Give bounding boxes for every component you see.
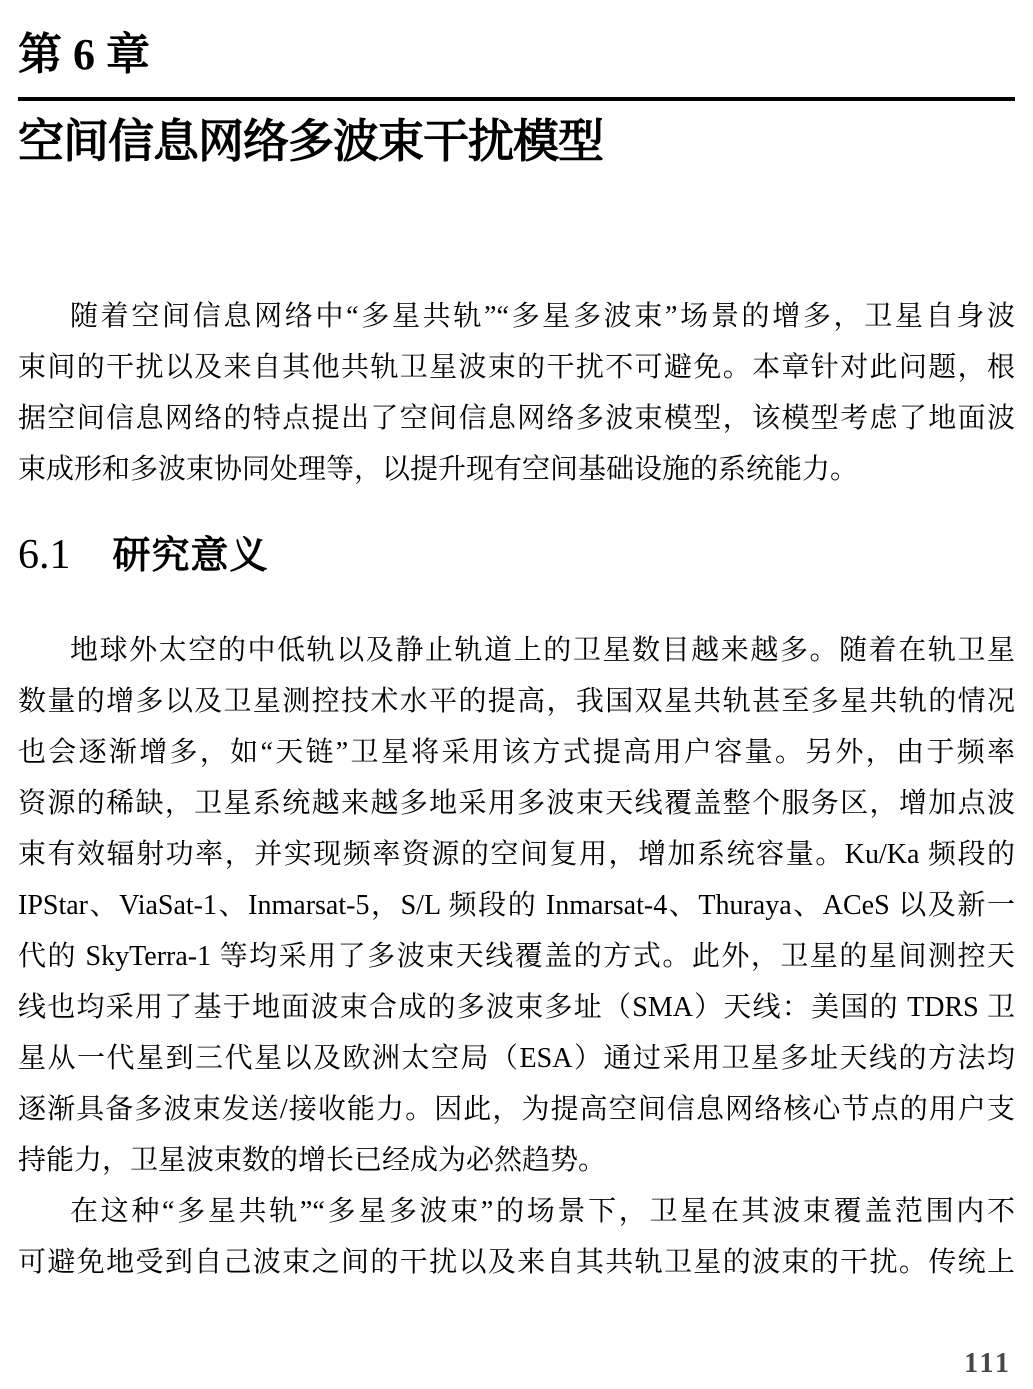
chapter-title: 空间信息网络多波束干扰模型 (18, 119, 1015, 165)
paragraph: 在这种“多星共轨”“多星多波束”的场景下，卫星在其波束覆盖范围内不可避免地受到自… (18, 1186, 1015, 1288)
text-line: 逐渐具备多波束发送/接收能力。因此，为提高空间信息网络核心节点的用户支 (18, 1084, 1015, 1135)
text-line: 束成形和多波束协同处理等，以提升现有空间基础设施的系统能力。 (18, 444, 1015, 495)
text-line: 代的 SkyTerra-1 等均采用了多波束天线覆盖的方式。此外，卫星的星间测控… (18, 931, 1015, 982)
text-line: 在这种“多星共轨”“多星多波束”的场景下，卫星在其波束覆盖范围内不 (18, 1186, 1015, 1237)
text-line: 星从一代星到三代星以及欧洲太空局（ESA）通过采用卫星多址天线的方法均 (18, 1033, 1015, 1084)
chapter-divider-rule (18, 97, 1015, 101)
text-line: 地球外太空的中低轨以及静止轨道上的卫星数目越来越多。随着在轨卫星 (18, 625, 1015, 676)
paragraph: 随着空间信息网络中“多星共轨”“多星多波束”场景的增多，卫星自身波束间的干扰以及… (18, 291, 1015, 495)
document-page: 第 6 章 空间信息网络多波束干扰模型 随着空间信息网络中“多星共轨”“多星多波… (0, 0, 1033, 1389)
page-content: 第 6 章 空间信息网络多波束干扰模型 随着空间信息网络中“多星共轨”“多星多波… (18, 33, 1015, 1288)
text-line: 可避免地受到自己波束之间的干扰以及来自其共轨卫星的波束的干扰。传统上 (18, 1237, 1015, 1288)
chapter-number-heading: 第 6 章 (18, 33, 1015, 77)
page-number: 111 (964, 1349, 1012, 1379)
section-title: 研究意义 (113, 536, 269, 576)
text-line: IPStar、ViaSat-1、Inmarsat-5，S/L 频段的 Inmar… (18, 880, 1015, 931)
text-line: 随着空间信息网络中“多星共轨”“多星多波束”场景的增多，卫星自身波 (18, 291, 1015, 342)
text-line: 据空间信息网络的特点提出了空间信息网络多波束模型，该模型考虑了地面波 (18, 393, 1015, 444)
intro-paragraphs: 随着空间信息网络中“多星共轨”“多星多波束”场景的增多，卫星自身波束间的干扰以及… (18, 291, 1015, 495)
text-line: 线也均采用了基于地面波束合成的多波束多址（SMA）天线：美国的 TDRS 卫 (18, 982, 1015, 1033)
section-paragraphs: 地球外太空的中低轨以及静止轨道上的卫星数目越来越多。随着在轨卫星数量的增多以及卫… (18, 625, 1015, 1288)
text-line: 也会逐渐增多，如“天链”卫星将采用该方式提高用户容量。另外，由于频率 (18, 727, 1015, 778)
text-line: 束间的干扰以及来自其他共轨卫星波束的干扰不可避免。本章针对此问题，根 (18, 342, 1015, 393)
text-line: 资源的稀缺，卫星系统越来越多地采用多波束天线覆盖整个服务区，增加点波 (18, 778, 1015, 829)
paragraph: 地球外太空的中低轨以及静止轨道上的卫星数目越来越多。随着在轨卫星数量的增多以及卫… (18, 625, 1015, 1186)
section-heading: 6.1 研究意义 (18, 535, 1015, 575)
text-line: 束有效辐射功率，并实现频率资源的空间复用，增加系统容量。Ku/Ka 频段的 (18, 829, 1015, 880)
section-number: 6.1 (18, 535, 71, 575)
text-line: 数量的增多以及卫星测控技术水平的提高，我国双星共轨甚至多星共轨的情况 (18, 676, 1015, 727)
text-line: 持能力，卫星波束数的增长已经成为必然趋势。 (18, 1135, 1015, 1186)
